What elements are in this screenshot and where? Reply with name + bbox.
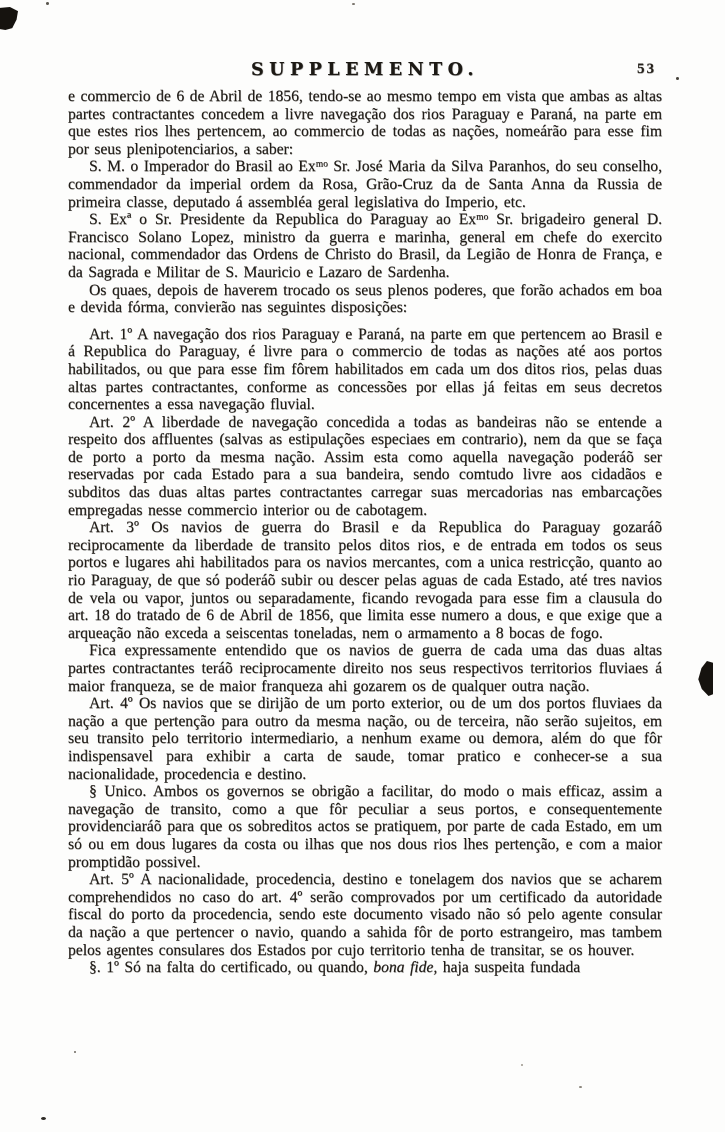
section-1-text-start: §. 1º Só na falta do certificado, ou qua… (89, 959, 373, 976)
paragraph-article-4: Art. 4º Os navios que se dirijão de um p… (68, 695, 662, 783)
paragraph-article-5: Art. 5º A nacionalidade, procedencia, de… (68, 871, 662, 959)
paragraph-paraguay-plenipotentiary: S. Exª o Sr. Presidente da Republica do … (68, 211, 662, 281)
paragraph-article-3-addendum: Fica expressamente entendido que os navi… (68, 642, 662, 695)
page-number: 53 (637, 61, 656, 78)
section-1-latin-phrase: bona fide, (373, 959, 437, 976)
scan-speck (579, 1086, 582, 1088)
scan-speck (74, 1051, 76, 1053)
paragraph-preamble-close: Os quaes, depois de haverem trocado os s… (68, 282, 662, 317)
scan-speck (352, 3, 355, 5)
ink-blot-top-left (0, 7, 18, 30)
running-title: SUPPLEMENTO. (68, 60, 662, 80)
paragraph-article-3: Art. 3º Os navios de guerra do Brasil e … (68, 519, 662, 642)
body-text: e commercio de 6 de Abril de 1856, tendo… (68, 88, 662, 977)
paragraph-section-1: §. 1º Só na falta do certificado, ou qua… (68, 959, 662, 977)
page-header: SUPPLEMENTO. 53 (68, 60, 662, 86)
scan-speck (676, 77, 679, 80)
paragraph-continuation: e commercio de 6 de Abril de 1856, tendo… (68, 88, 662, 158)
paragraph-article-2: Art. 2º A liberdade de navegação concedi… (68, 414, 662, 520)
scan-speck (46, 2, 49, 5)
scanned-document-page: SUPPLEMENTO. 53 e commercio de 6 de Abri… (0, 0, 725, 1132)
ink-blot-right-edge (697, 661, 713, 696)
scan-speck (41, 1117, 46, 1120)
paragraph-paragrapho-unico: § Unico. Ambos os governos se obrigão a … (68, 783, 662, 871)
paragraph-article-1: Art. 1º A navegação dos rios Paraguay e … (68, 326, 662, 414)
section-1-text-end: haja suspeita fundada (437, 959, 580, 976)
paragraph-brazil-plenipotentiary: S. M. o Imperador do Brasil ao Exᵐᵒ Sr. … (68, 158, 662, 211)
scan-speck (521, 1064, 523, 1066)
